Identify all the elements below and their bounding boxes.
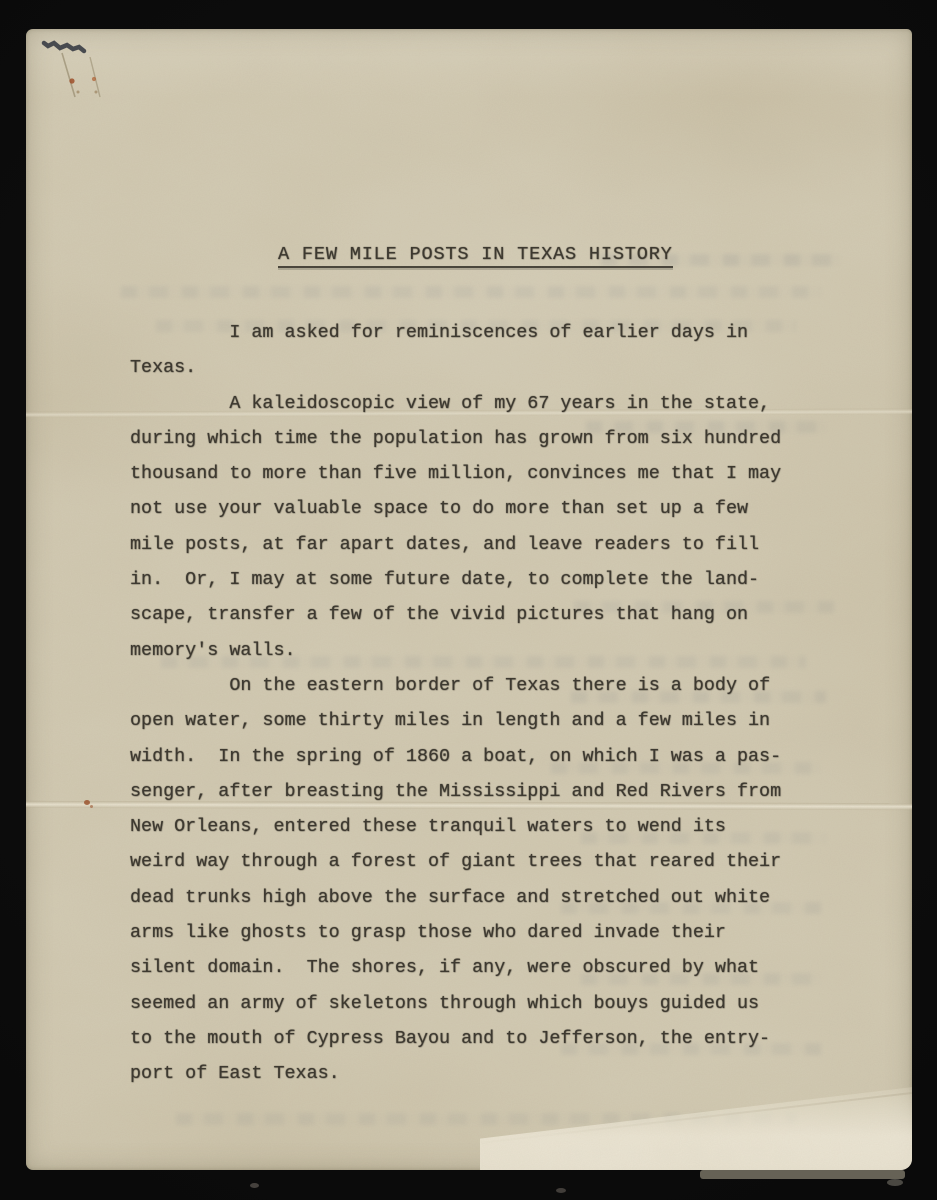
dust-speck bbox=[556, 1188, 566, 1193]
document-paragraph: A kaleidoscopic view of my 67 years in t… bbox=[130, 386, 830, 668]
dust-speck bbox=[250, 1183, 259, 1188]
document-paragraph: On the eastern border of Texas there is … bbox=[130, 668, 830, 1092]
underlying-sheet-edge bbox=[700, 1170, 905, 1179]
document-page: A FEW MILE POSTS IN TEXAS HISTORY I am a… bbox=[26, 29, 912, 1170]
rust-stain bbox=[84, 800, 90, 805]
document-title: A FEW MILE POSTS IN TEXAS HISTORY bbox=[278, 245, 673, 268]
document-paragraph: I am asked for reminiscences of earlier … bbox=[130, 315, 830, 386]
scan-background: A FEW MILE POSTS IN TEXAS HISTORY I am a… bbox=[0, 0, 937, 1200]
staple-mark-icon bbox=[38, 35, 128, 130]
rust-stain bbox=[90, 805, 93, 808]
document-body: I am asked for reminiscences of earlier … bbox=[130, 315, 830, 1092]
bleedthrough-text bbox=[121, 286, 821, 298]
dust-speck bbox=[887, 1179, 903, 1186]
